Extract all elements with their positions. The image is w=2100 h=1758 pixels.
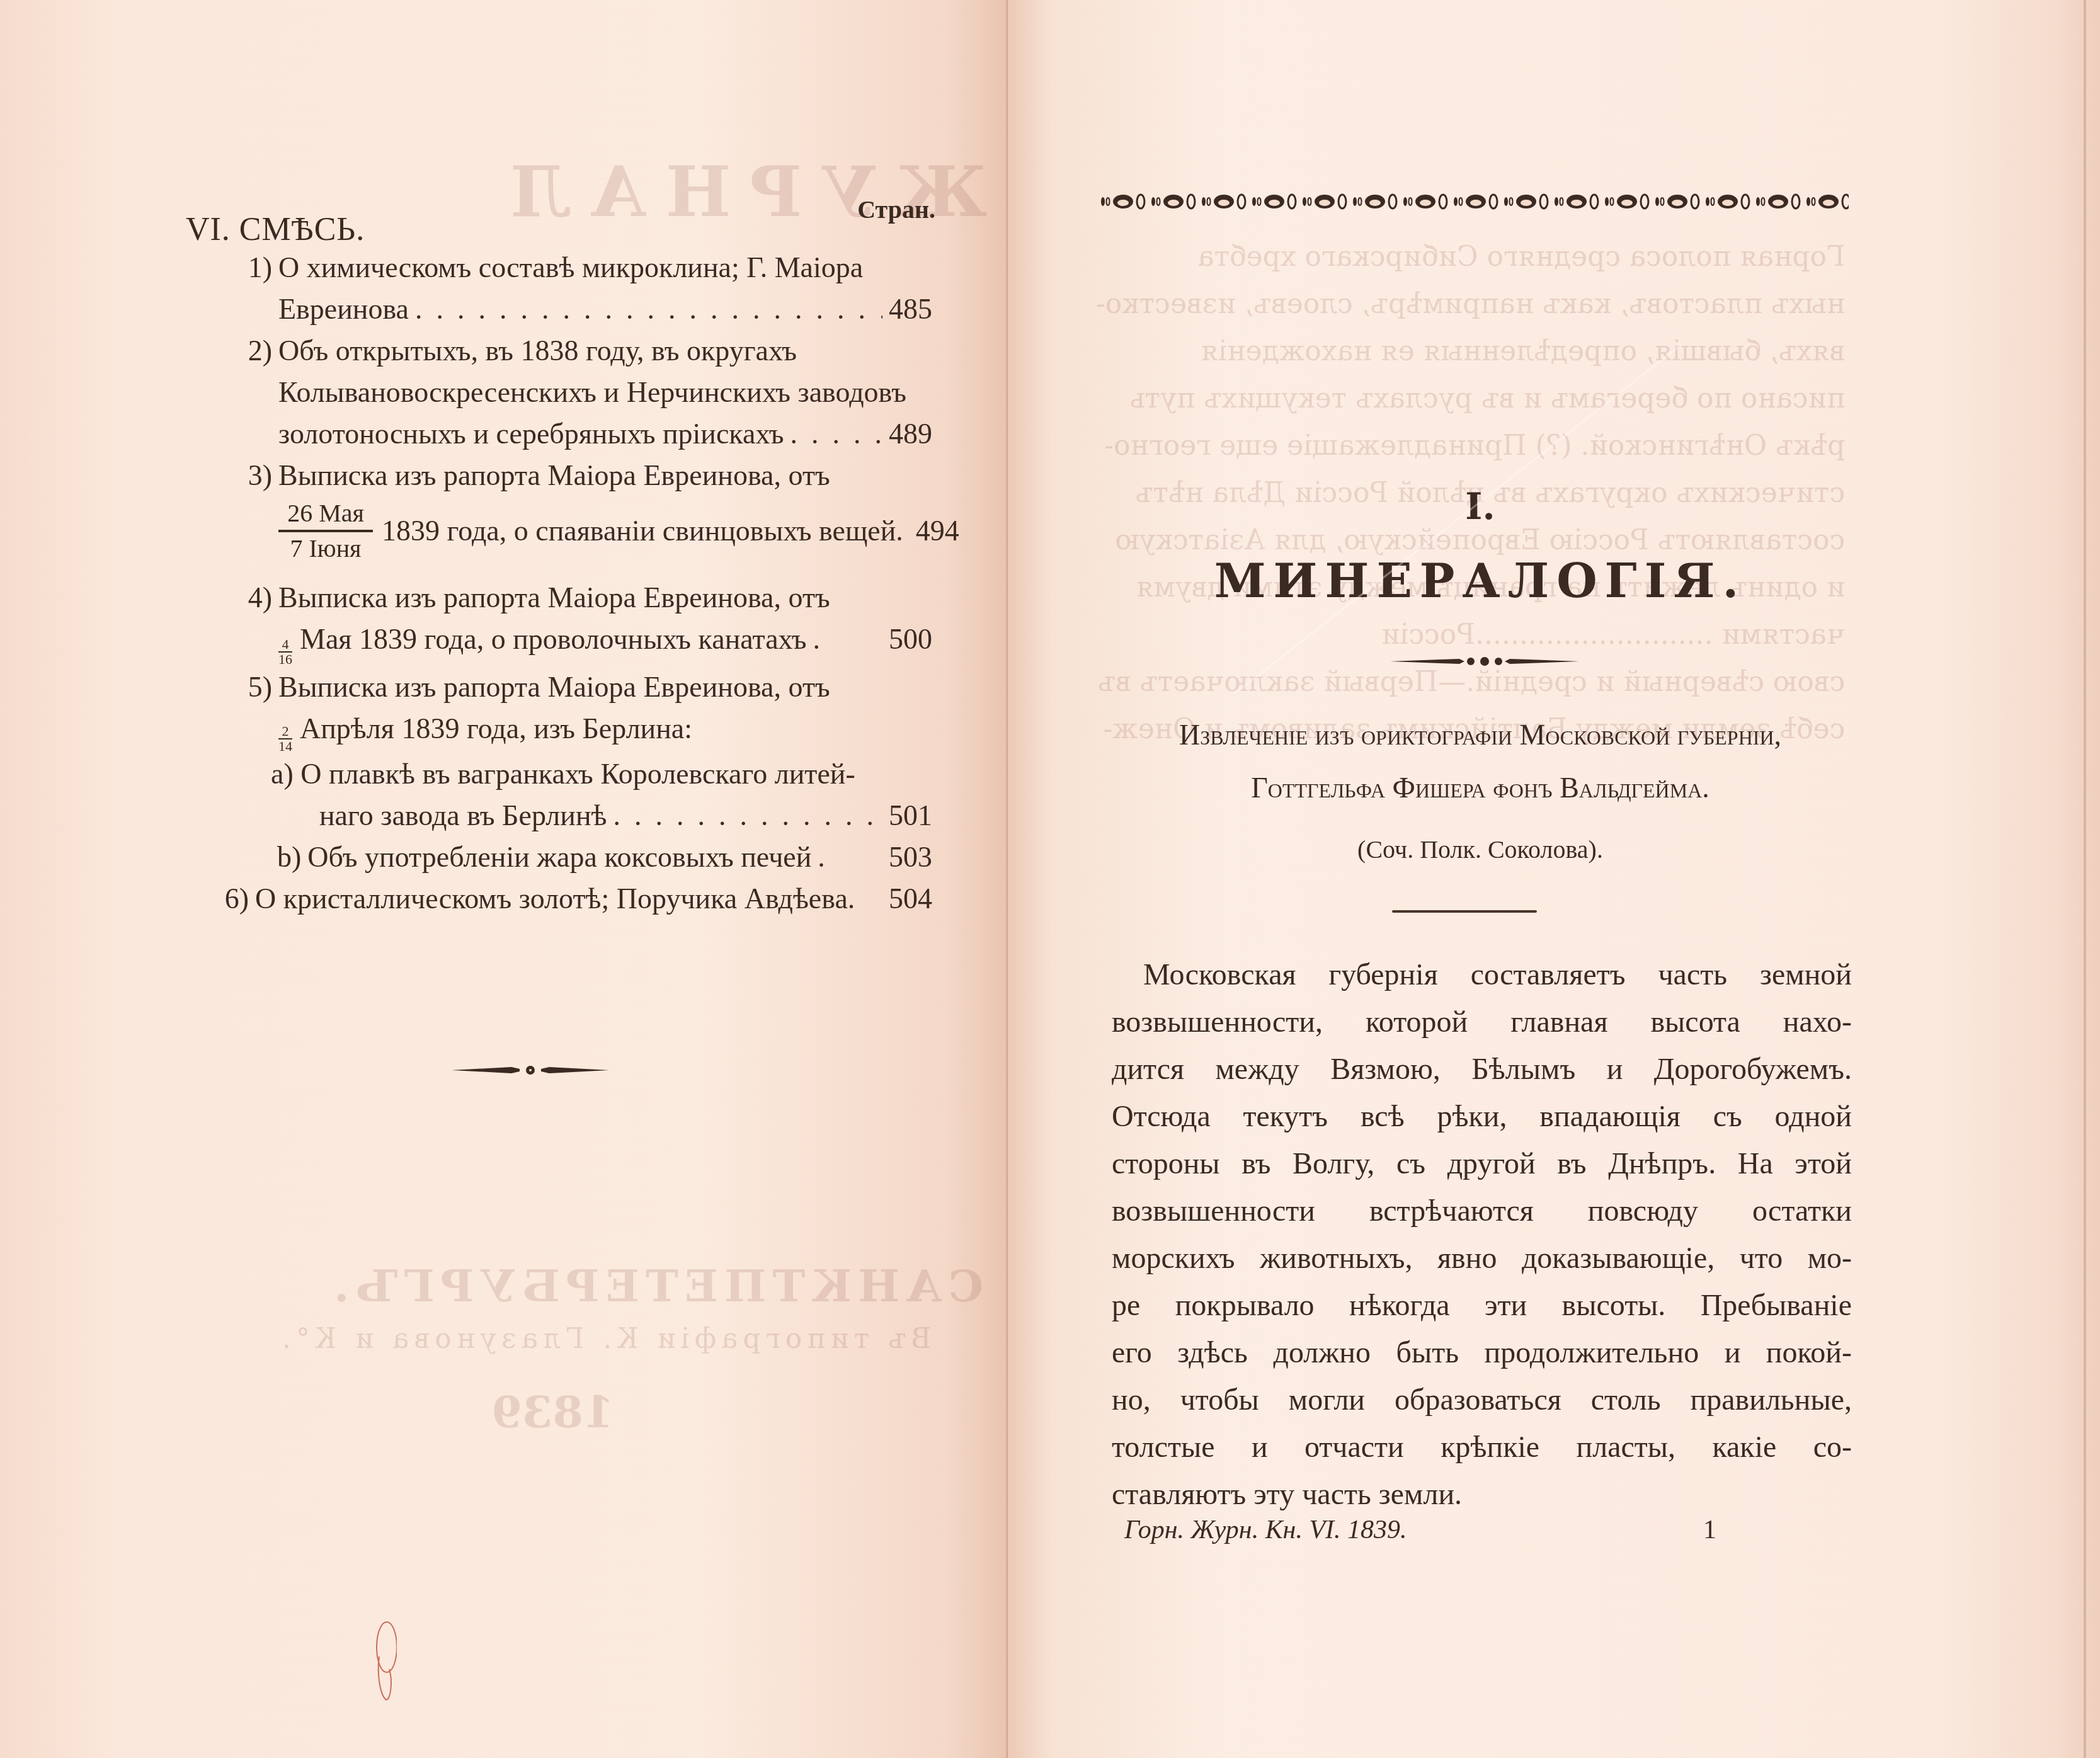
entry-text: Колывановоскресенскихъ и Нерчинскихъ зав… — [186, 372, 932, 413]
toc-entry-2: 2)Объ открытыхъ, въ 1838 году, въ округа… — [186, 330, 932, 455]
entry-text: 1839 года, о спаяваніи свинцовыхъ вещей. — [382, 510, 903, 552]
fraction-top: 26 Мая — [287, 501, 364, 530]
book-spread: ГОРНЫЙ ЖУРНАЛ САНКТПЕТЕРБУРГЪ. Въ типогр… — [0, 0, 2100, 1758]
fraction-top: 4 — [282, 637, 289, 651]
entry-text: золотоносныхъ и серебряныхъ пріискахъ — [278, 413, 784, 455]
toc-header: VI. СМѢСЬ. Стран. — [186, 189, 932, 233]
divider-ornament-icon — [452, 1064, 609, 1076]
page-number: 500 — [889, 619, 932, 660]
toc-entry-4: 4)Выписка изъ рапорта Маіора Евреинова, … — [186, 577, 932, 666]
body-line: толстые и отчасти крѣпкіе пласты, какіе … — [1112, 1424, 1852, 1471]
toc-entry-5: 5)Выписка изъ рапорта Маіора Евреинова, … — [186, 666, 932, 878]
body-line: дится между Вязмою, Бѣлымъ и Дорогобужем… — [1112, 1046, 1852, 1093]
entry-text: Выписка изъ рапорта Маіора Евреинова, от… — [278, 459, 830, 491]
entry-text: Выписка изъ рапорта Маіора Евреинова, от… — [278, 671, 830, 703]
date-fraction: 4 16 — [278, 637, 292, 666]
page-edge — [2084, 0, 2086, 1758]
section-title: VI. СМѢСЬ. — [186, 209, 365, 251]
entry-number: 6) — [210, 878, 249, 920]
subtitle-line: Готтгельфа Фишера фонъ Вальдгейма. — [1109, 762, 1852, 814]
entry-number: 4) — [233, 577, 272, 619]
entry-text: Выписка изъ рапорта Маіора Евреинова, от… — [278, 581, 830, 614]
page-number: 503 — [889, 836, 932, 878]
pencil-mark-icon — [372, 1619, 397, 1707]
body-line: Отсюда текутъ всѣ рѣки, впадающія съ одн… — [1112, 1093, 1852, 1140]
toc-entry-6: 6) О кристаллическомъ золотѣ; Поручика А… — [186, 878, 932, 920]
toc-subentry-b: b) Объ употребленіи жара коксовыхъ печей… — [186, 836, 932, 878]
entry-text: О кристаллическомъ золотѣ; Поручика Авдѣ… — [255, 878, 855, 920]
body-line: но, чтобы могли образоваться столь прави… — [1112, 1376, 1852, 1424]
bleed-through-year: 1839 — [491, 1386, 614, 1438]
entry-text: О плавкѣ въ вагранкахъ Королевскаго лите… — [300, 758, 855, 790]
entry-text: О химическомъ составѣ микроклина; Г. Маі… — [278, 251, 863, 283]
date-fraction: 26 Мая 7 Іюня — [278, 501, 373, 561]
entry-number: 5) — [233, 666, 272, 708]
body-line: возвышенности встрѣчаются повсюду остатк… — [1112, 1187, 1852, 1235]
journal-signature: Горн. Журн. Кн. VI. 1839. — [1124, 1515, 1407, 1545]
subentry-letter: a) — [271, 758, 294, 790]
entry-text: Мая 1839 года, о проволочныхъ канатахъ — [300, 619, 807, 660]
page-footer: Горн. Журн. Кн. VI. 1839. 1 — [1124, 1515, 1716, 1545]
entry-text: Объ открытыхъ, въ 1838 году, въ округахъ — [278, 334, 797, 367]
body-line: Московская губернія составляетъ часть зе… — [1112, 951, 1852, 998]
dot-leader: ........ — [790, 413, 882, 455]
body-line: ставляютъ эту часть земли. — [1112, 1471, 1852, 1518]
subentry-letter: b) — [277, 836, 301, 878]
body-line: ре покрывало нѣкогда эти высоты. Пребыва… — [1112, 1282, 1852, 1329]
subtitle-line: Извлеченіе изъ ориктографіи Московской г… — [1109, 709, 1852, 762]
fraction-bottom: 14 — [278, 739, 292, 753]
left-page: ГОРНЫЙ ЖУРНАЛ САНКТПЕТЕРБУРГЪ. Въ типогр… — [0, 0, 1008, 1758]
dot-leader: . — [818, 836, 882, 878]
date-fraction: 2 14 — [278, 724, 292, 753]
page-column-label: Стран. — [857, 189, 935, 231]
entry-text: наго завода въ Берлинѣ — [319, 795, 607, 836]
part-number: I. — [1386, 485, 1575, 528]
dot-leader: ................................. — [415, 288, 882, 330]
fraction-bottom: 7 Іюня — [290, 532, 361, 561]
toc-subentry-a: a) О плавкѣ въ вагранкахъ Королевскаго л… — [186, 753, 932, 836]
article-body: Московская губернія составляетъ часть зе… — [1112, 951, 1852, 1518]
page-number: 504 — [889, 878, 932, 920]
sheet-signature-number: 1 — [1703, 1515, 1716, 1545]
body-line: возвышенности, которой главная высота на… — [1112, 998, 1852, 1046]
toc-entry-1: 1)О химическомъ составѣ микроклина; Г. М… — [186, 247, 932, 330]
ornamental-border-icon — [1099, 192, 1849, 211]
author-credit: (Соч. Полк. Соколова). — [1109, 835, 1852, 864]
fraction-top: 2 — [282, 724, 289, 738]
bleed-through-printer: Въ типографіи К. Глазунова и К°. — [277, 1323, 931, 1355]
page-number: 494 — [916, 510, 959, 552]
page-number: 485 — [889, 288, 932, 330]
body-line: стороны въ Волгу, съ другой въ Днѣпръ. Н… — [1112, 1140, 1852, 1187]
article-subtitle: Извлеченіе изъ ориктографіи Московской г… — [1109, 709, 1852, 814]
part-title: МИНЕРАЛОГІЯ. — [1134, 554, 1827, 608]
title-divider-ornament-icon — [1390, 655, 1579, 668]
dot-leader: . — [813, 619, 882, 660]
toc-entry-3: 3)Выписка изъ рапорта Маіора Евреинова, … — [186, 455, 932, 566]
bleed-through-city: САНКТПЕТЕРБУРГЪ. — [328, 1260, 983, 1312]
table-of-contents: VI. СМѢСЬ. Стран. 1)О химическомъ состав… — [186, 189, 932, 920]
fraction-bottom: 16 — [278, 653, 292, 666]
dot-leader: .................. — [613, 795, 883, 836]
body-line: морскихъ животныхъ, явно доказывающіе, ч… — [1112, 1235, 1852, 1282]
entry-number: 2) — [233, 330, 272, 372]
entry-number: 1) — [233, 247, 272, 288]
short-rule — [1392, 910, 1537, 913]
page-number: 501 — [889, 795, 932, 836]
page-number: 489 — [889, 413, 932, 455]
entry-text: Объ употребленіи жара коксовыхъ печей — [307, 836, 811, 878]
entry-text: Апрѣля 1839 года, изъ Берлина: — [300, 712, 692, 745]
entry-text: Евреинова — [278, 288, 409, 330]
body-line: его здѣсь должно быть продолжительно и п… — [1112, 1329, 1852, 1376]
entry-number: 3) — [233, 455, 272, 496]
